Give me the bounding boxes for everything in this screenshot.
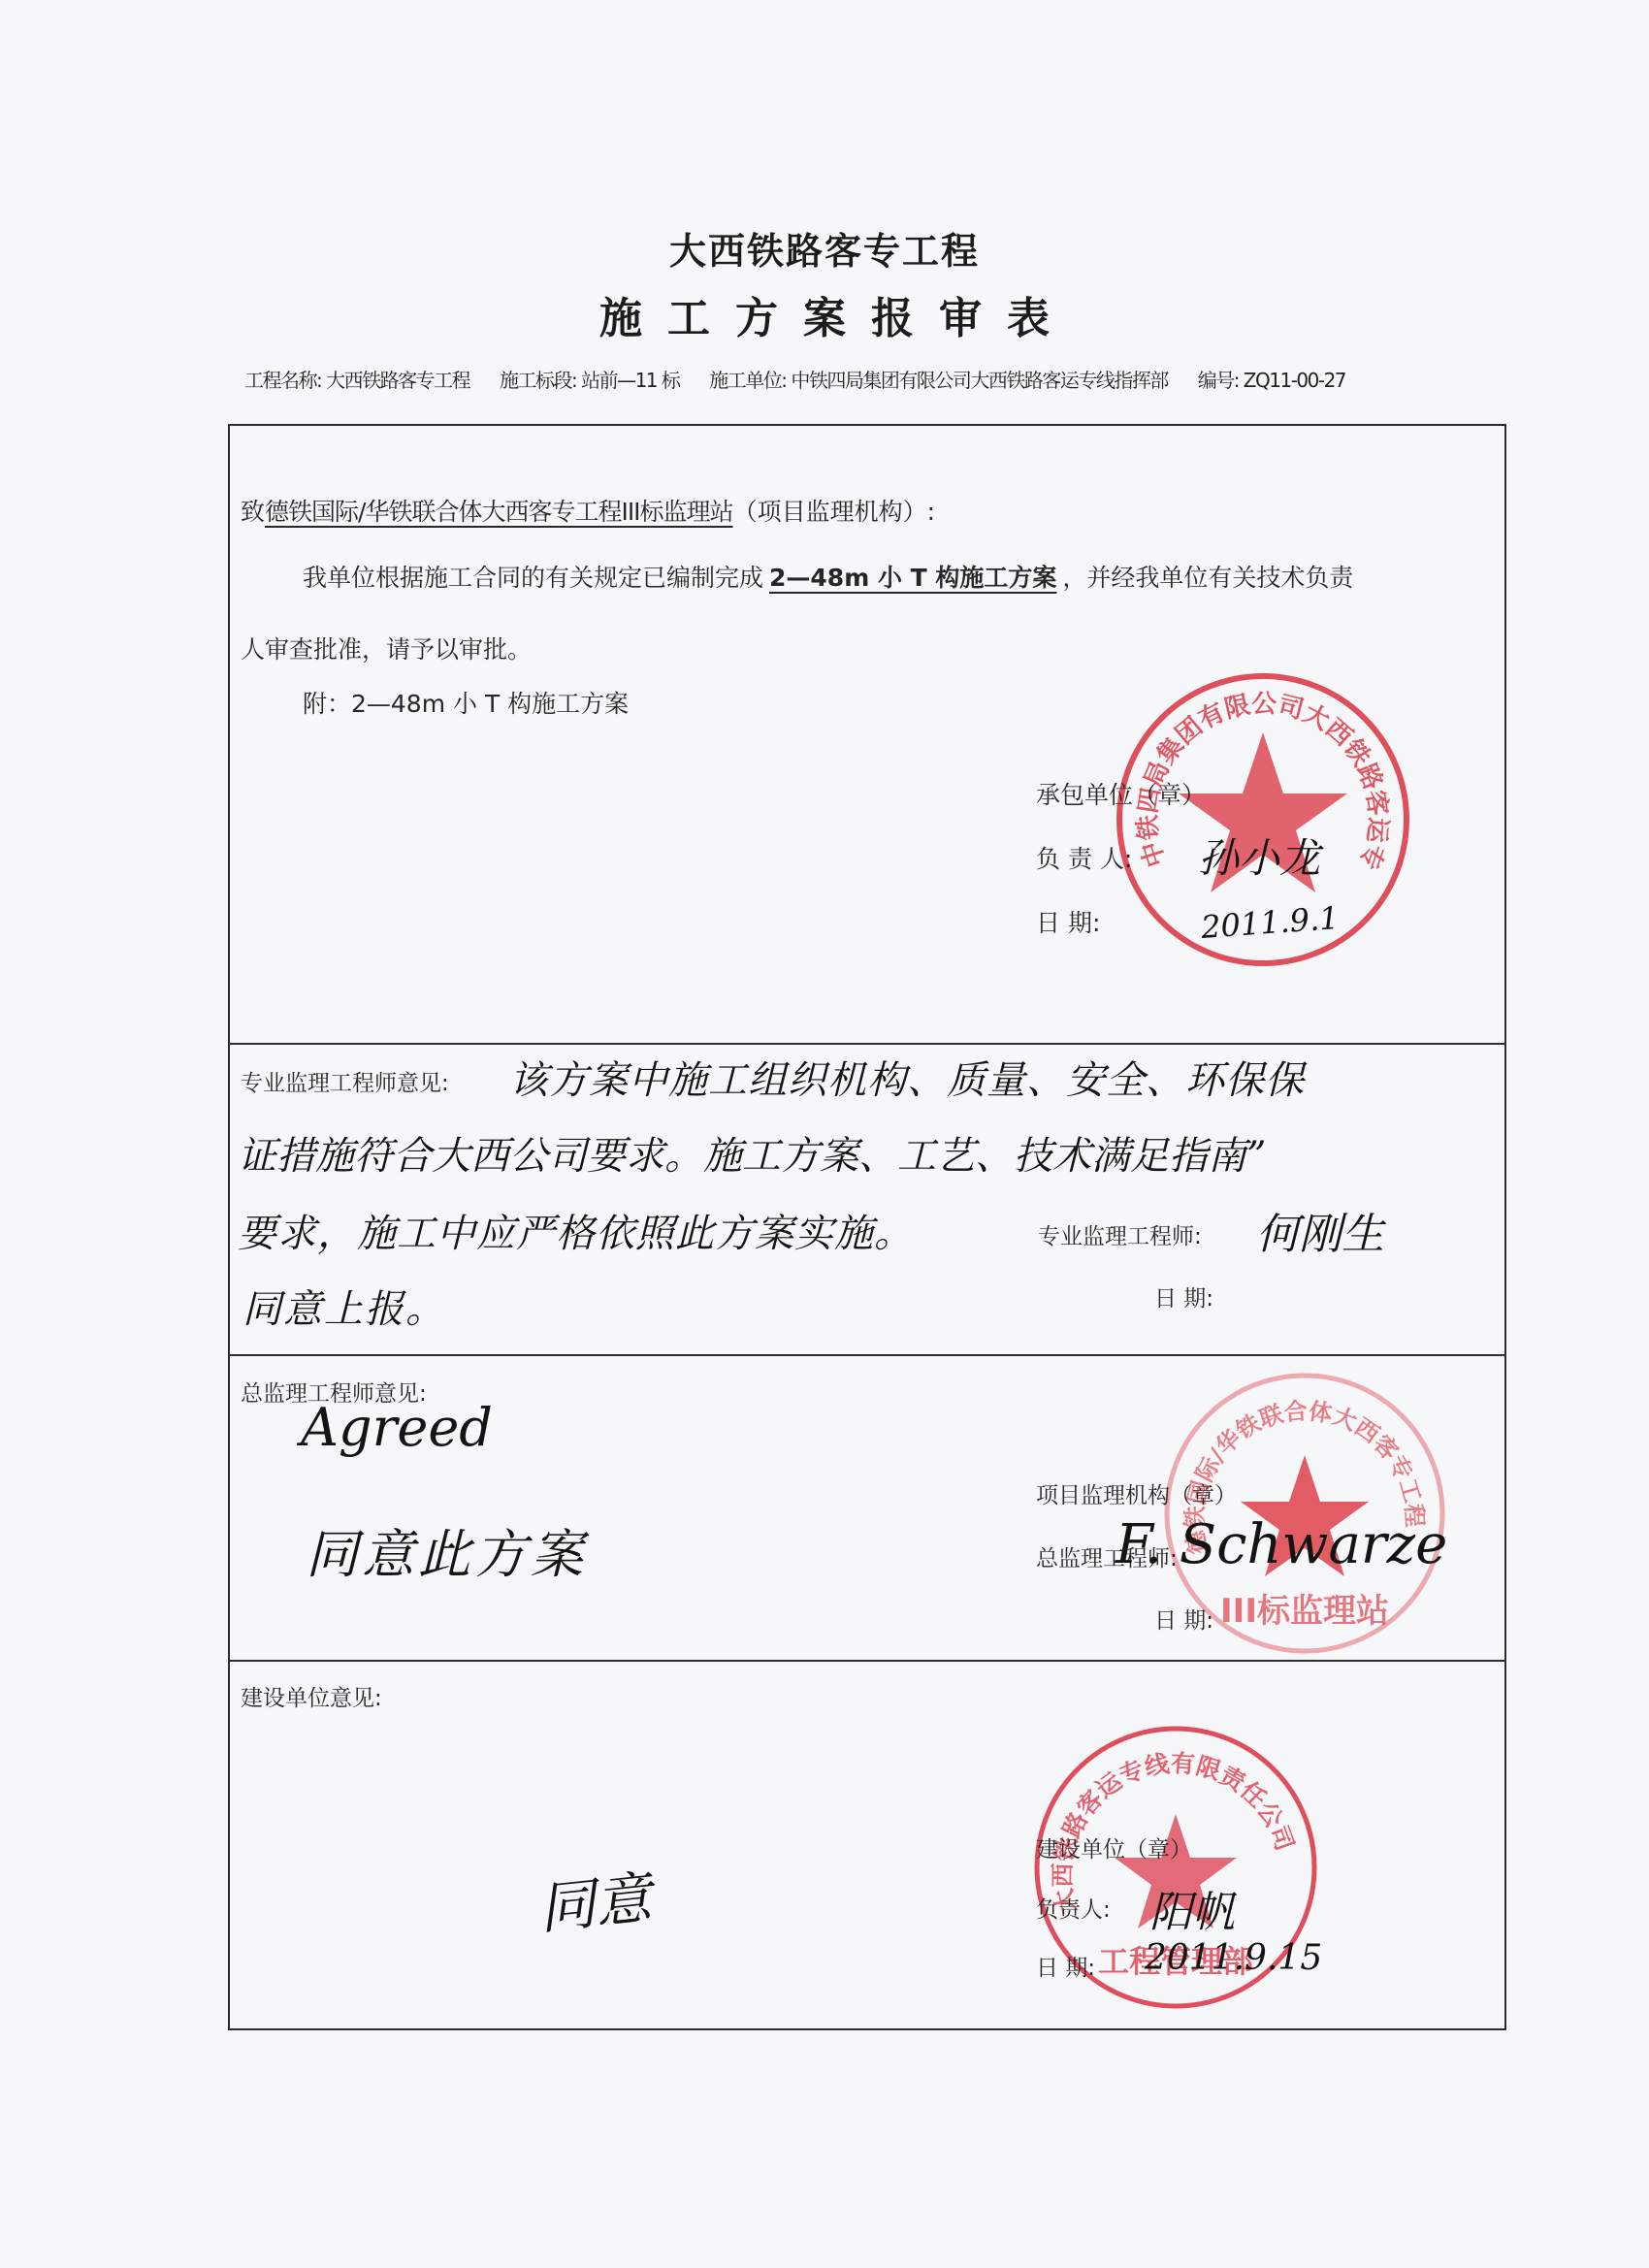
plan-name: 2—48m 小 T 构施工方案	[763, 564, 1062, 592]
engineer-opinion-line1: 该方案中施工组织机构、质量、安全、环保保	[509, 1050, 1305, 1105]
owner-date-label: 日 期:	[1036, 1950, 1095, 1982]
construction-unit: 施工单位: 中铁四局集团有限公司大西铁路客运专线指挥部	[709, 369, 1168, 392]
body-text: 我单位根据施工合同的有关规定已编制完成	[303, 564, 763, 592]
engineer-signature: 何刚生	[1256, 1199, 1384, 1261]
attachment-line: 附：2—48m 小 T 构施工方案	[303, 685, 629, 720]
form-number: 编号: ZQ11-00-27	[1198, 369, 1345, 392]
engineer-opinion-line3: 要求，施工中应严格依照此方案实施。	[238, 1203, 914, 1258]
owner-opinion: 同意	[534, 1852, 655, 1945]
contractor-seal-label: 承包单位（章）	[1036, 776, 1206, 811]
application-body-line2: 人审查批准，请予以审批。	[241, 631, 532, 665]
supervision-org-label: 项目监理机构（章）	[1036, 1477, 1237, 1509]
engineer-date-label: 日 期:	[1154, 1280, 1213, 1312]
chief-engineer-signature: F. Schwarze	[1115, 1513, 1447, 1576]
document-title: 大西铁路客专工程	[0, 221, 1649, 275]
addressee: 德铁国际/华铁联合体大西客专工程III标监理站	[265, 498, 733, 526]
owner-signature: 阳帆	[1149, 1877, 1235, 1939]
section-divider	[228, 1660, 1506, 1662]
addressee-prefix: 致	[241, 498, 265, 526]
form-meta-line: 工程名称: 大西铁路客专工程 施工标段: 站前—11 标 施工单位: 中铁四局集…	[244, 365, 1371, 393]
chief-date-label: 日 期:	[1154, 1603, 1213, 1635]
contractor-signature: 孙小龙	[1198, 826, 1320, 885]
section-divider	[228, 1354, 1506, 1356]
owner-person-label: 负责人:	[1036, 1892, 1111, 1924]
application-body-line1: 我单位根据施工合同的有关规定已编制完成2—48m 小 T 构施工方案，并经我单位…	[303, 559, 1353, 594]
owner-unit-seal-label: 建设单位（章）	[1036, 1831, 1192, 1863]
owner-date: 2011.9.15	[1145, 1938, 1322, 1978]
svg-text:III标监理站: III标监理站	[1220, 1592, 1389, 1631]
project-name: 工程名称: 大西铁路客专工程	[244, 369, 469, 392]
contractor-person-label: 负 责 人:	[1036, 840, 1132, 875]
form-title: 施工方案报审表	[0, 283, 1649, 345]
engineer-signature-label: 专业监理工程师:	[1038, 1218, 1202, 1250]
body-text: ，并经我单位有关技术负责	[1062, 564, 1353, 592]
construction-section: 施工标段: 站前—11 标	[500, 369, 679, 392]
owner-opinion-label: 建设单位意见:	[241, 1680, 382, 1712]
contractor-date-label: 日 期:	[1036, 904, 1100, 939]
addressee-suffix: （项目监理机构）:	[733, 498, 935, 526]
chief-opinion-chinese: 同意此方案	[306, 1513, 587, 1588]
section-divider	[228, 1043, 1506, 1045]
chief-opinion-english: Agreed	[301, 1397, 493, 1458]
engineer-opinion-label: 专业监理工程师意见:	[241, 1065, 449, 1097]
addressee-line: 致德铁国际/华铁联合体大西客专工程III标监理站（项目监理机构）:	[241, 493, 935, 528]
engineer-opinion-line4: 同意上报。	[242, 1279, 446, 1334]
engineer-opinion-line2: 证措施符合大西公司要求。施工方案、工艺、技术满足指南”	[238, 1125, 1266, 1181]
